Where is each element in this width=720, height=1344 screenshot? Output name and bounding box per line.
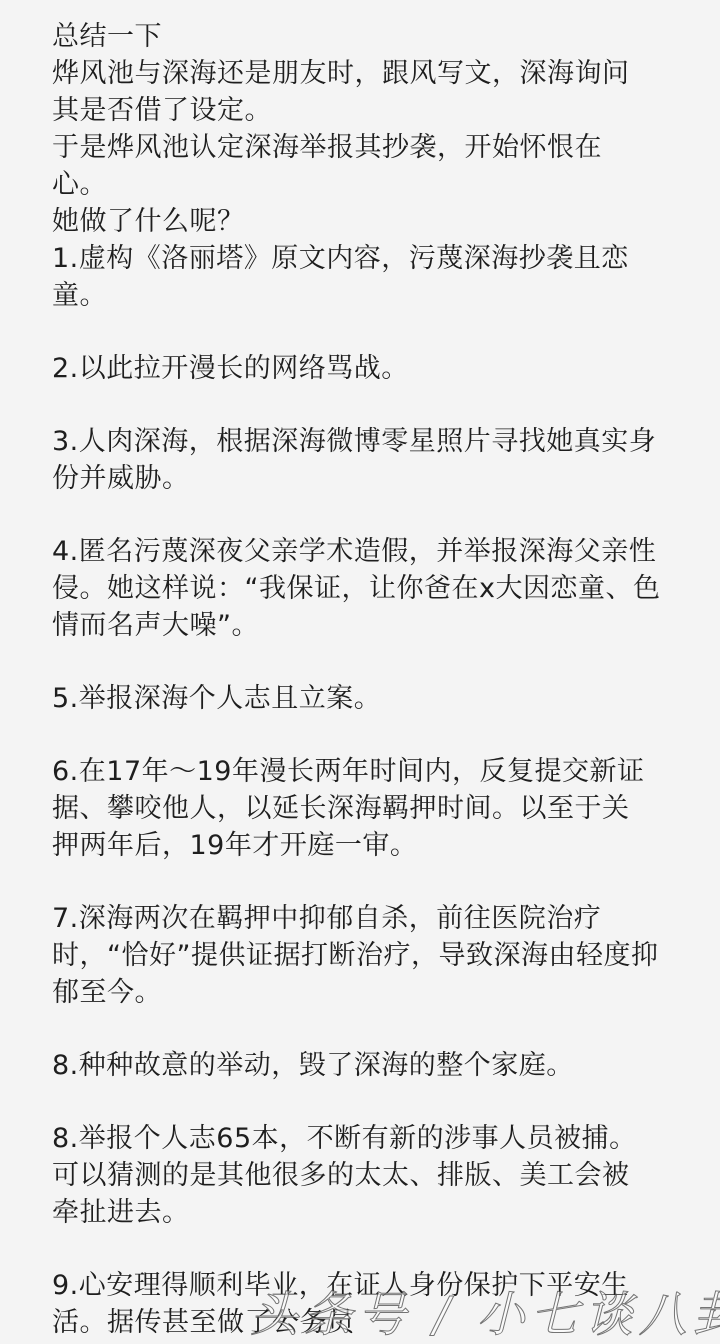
- paragraph-gap: [52, 864, 692, 900]
- item-line: 6.在17年～19年漫长两年时间内，反复提交新证: [52, 753, 692, 790]
- intro-line: 烨风池与深海还是朋友时，跟风写文，深海询问: [52, 55, 692, 92]
- list-item-6: 6.在17年～19年漫长两年时间内，反复提交新证 据、攀咬他人，以延长深海羁押时…: [52, 753, 692, 864]
- list-item-8b: 8.举报个人志65本，不断有新的涉事人员被捕。 可以猜测的是其他很多的太太、排版…: [52, 1120, 692, 1231]
- list-item-4: 4.匿名污蔑深夜父亲学术造假，并举报深海父亲性 侵。她这样说：“我保证，让你爸在…: [52, 533, 692, 644]
- list-item-3: 3.人肉深海，根据深海微博零星照片寻找她真实身 份并威胁。: [52, 423, 692, 497]
- item-line: 童。: [52, 277, 692, 314]
- doc-heading: 总结一下: [52, 18, 692, 55]
- item-line: 8.举报个人志65本，不断有新的涉事人员被捕。: [52, 1120, 692, 1157]
- intro-line: 于是烨风池认定深海举报其抄袭，开始怀恨在: [52, 129, 692, 166]
- item-line: 可以猜测的是其他很多的太太、排版、美工会被: [52, 1157, 692, 1194]
- item-line: 郁至今。: [52, 974, 692, 1011]
- paragraph-gap: [52, 497, 692, 533]
- item-line: 7.深海两次在羁押中抑郁自杀，前往医院治疗: [52, 900, 692, 937]
- item-line: 1.虚构《洛丽塔》原文内容，污蔑深海抄袭且恋: [52, 240, 692, 277]
- list-item-8a: 8.种种故意的举动，毁了深海的整个家庭。: [52, 1047, 692, 1084]
- intro-question: 她做了什么呢？: [52, 203, 692, 240]
- paragraph-gap: [52, 644, 692, 680]
- paragraph-gap: [52, 1084, 692, 1120]
- paragraph-gap: [52, 387, 692, 423]
- item-line: 3.人肉深海，根据深海微博零星照片寻找她真实身: [52, 423, 692, 460]
- list-item-2: 2.以此拉开漫长的网络骂战。: [52, 350, 692, 387]
- intro-line: 心。: [52, 166, 692, 203]
- item-line: 情而名声大噪”。: [52, 607, 692, 644]
- watermark: 头条号 / 小七谈八卦: [250, 1276, 720, 1344]
- intro-line: 其是否借了设定。: [52, 92, 692, 129]
- item-line: 份并威胁。: [52, 460, 692, 497]
- item-line: 牵扯进去。: [52, 1194, 692, 1231]
- item-line: 侵。她这样说：“我保证，让你爸在x大因恋童、色: [52, 570, 692, 607]
- paragraph-gap: [52, 1231, 692, 1267]
- document-body: 总结一下 烨风池与深海还是朋友时，跟风写文，深海询问 其是否借了设定。 于是烨风…: [52, 18, 692, 1341]
- item-line: 2.以此拉开漫长的网络骂战。: [52, 350, 692, 387]
- item-line: 4.匿名污蔑深夜父亲学术造假，并举报深海父亲性: [52, 533, 692, 570]
- list-item-1: 1.虚构《洛丽塔》原文内容，污蔑深海抄袭且恋 童。: [52, 240, 692, 314]
- item-line: 8.种种故意的举动，毁了深海的整个家庭。: [52, 1047, 692, 1084]
- list-item-7: 7.深海两次在羁押中抑郁自杀，前往医院治疗 时，“恰好”提供证据打断治疗，导致深…: [52, 900, 692, 1011]
- item-line: 5.举报深海个人志且立案。: [52, 680, 692, 717]
- paragraph-gap: [52, 717, 692, 753]
- item-line: 据、攀咬他人，以延长深海羁押时间。以至于关: [52, 790, 692, 827]
- paragraph-gap: [52, 314, 692, 350]
- paragraph-gap: [52, 1011, 692, 1047]
- item-line: 押两年后，19年才开庭一审。: [52, 827, 692, 864]
- list-item-5: 5.举报深海个人志且立案。: [52, 680, 692, 717]
- item-line: 时，“恰好”提供证据打断治疗，导致深海由轻度抑: [52, 937, 692, 974]
- intro-block: 总结一下 烨风池与深海还是朋友时，跟风写文，深海询问 其是否借了设定。 于是烨风…: [52, 18, 692, 240]
